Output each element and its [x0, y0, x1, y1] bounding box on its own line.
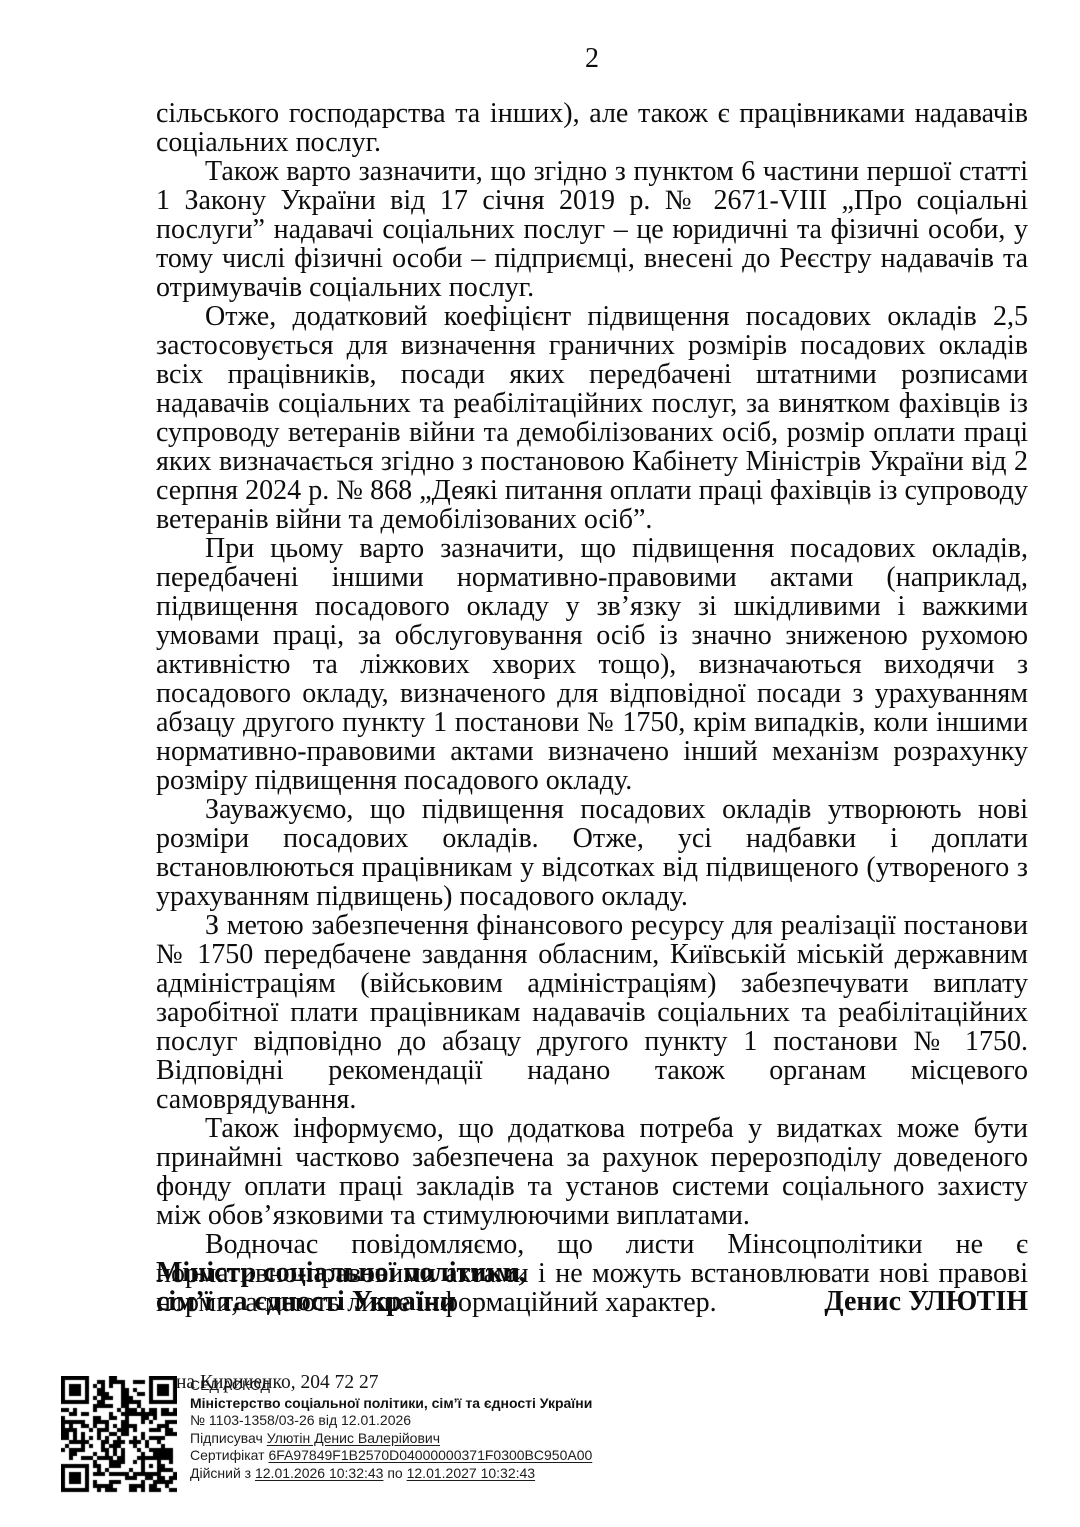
paragraph-7: Також інформуємо, що додаткова потреба у…	[156, 1114, 1028, 1230]
stamp-validity-line: Дійсний з 12.01.2026 10:32:43 по 12.01.2…	[190, 1465, 592, 1483]
signer-title-line2: сім’ї та єдності України	[156, 1287, 526, 1316]
signer-title: Міністр соціальної політики, сім’ї та єд…	[156, 1258, 526, 1316]
stamp-doc-number: № 1103-1358/03-26 від 12.01.2026	[190, 1412, 592, 1430]
paragraph-5: Зауважуємо, що підвищення посадових окла…	[156, 795, 1028, 911]
stamp-certificate-label: Сертифікат	[190, 1447, 268, 1463]
paragraph-3: Отже, додатковий коефіцієнт підвищення п…	[156, 302, 1028, 534]
signature-block: Міністр соціальної політики, сім’ї та єд…	[156, 1258, 1028, 1316]
stamp-valid-to: 12.01.2027 10:32:43	[407, 1465, 535, 1481]
stamp-signer-name: Улютін Денис Валерійович	[267, 1430, 440, 1446]
paragraph-2: Також варто зазначити, що згідно з пункт…	[156, 157, 1028, 302]
contact-footer-text: на Кириченко, 204 72 27	[176, 1374, 378, 1392]
paragraph-1: сільського господарства та інших), але т…	[156, 99, 1028, 157]
signer-title-line1: Міністр соціальної політики,	[156, 1258, 526, 1287]
document-body: сільського господарства та інших), але т…	[156, 99, 1028, 1317]
stamp-text-block: СЕД АСКОД на Кириченко, 204 72 27 Мініст…	[190, 1376, 592, 1482]
digital-signature-stamp: СЕД АСКОД на Кириченко, 204 72 27 Мініст…	[61, 1376, 592, 1493]
stamp-signer-label: Підписувач	[190, 1430, 267, 1446]
stamp-valid-from: 12.01.2026 10:32:43	[255, 1465, 383, 1481]
stamp-signer-line: Підписувач Улютін Денис Валерійович	[190, 1430, 592, 1448]
paragraph-6: З метою забезпечення фінансового ресурсу…	[156, 911, 1028, 1114]
document-page: 2 сільського господарства та інших), але…	[0, 0, 1080, 1527]
signer-name: Денис УЛЮТІН	[824, 1287, 1028, 1316]
stamp-certificate-line: Сертифікат 6FA97849F1B2570D04000000371F0…	[190, 1447, 592, 1465]
stamp-validity-label: Дійсний з	[190, 1465, 255, 1481]
page-number: 2	[156, 0, 1028, 73]
stamp-ministry-name: Міністерство соціальної політики, сім’ї …	[190, 1395, 592, 1413]
paragraph-4: При цьому варто зазначити, що підвищення…	[156, 534, 1028, 795]
qr-code	[61, 1376, 177, 1493]
stamp-certificate-value: 6FA97849F1B2570D04000000371F0300BC950A00	[268, 1447, 592, 1463]
stamp-validity-separator: по	[383, 1465, 406, 1481]
stamp-system-line: СЕД АСКОД на Кириченко, 204 72 27	[190, 1377, 592, 1395]
